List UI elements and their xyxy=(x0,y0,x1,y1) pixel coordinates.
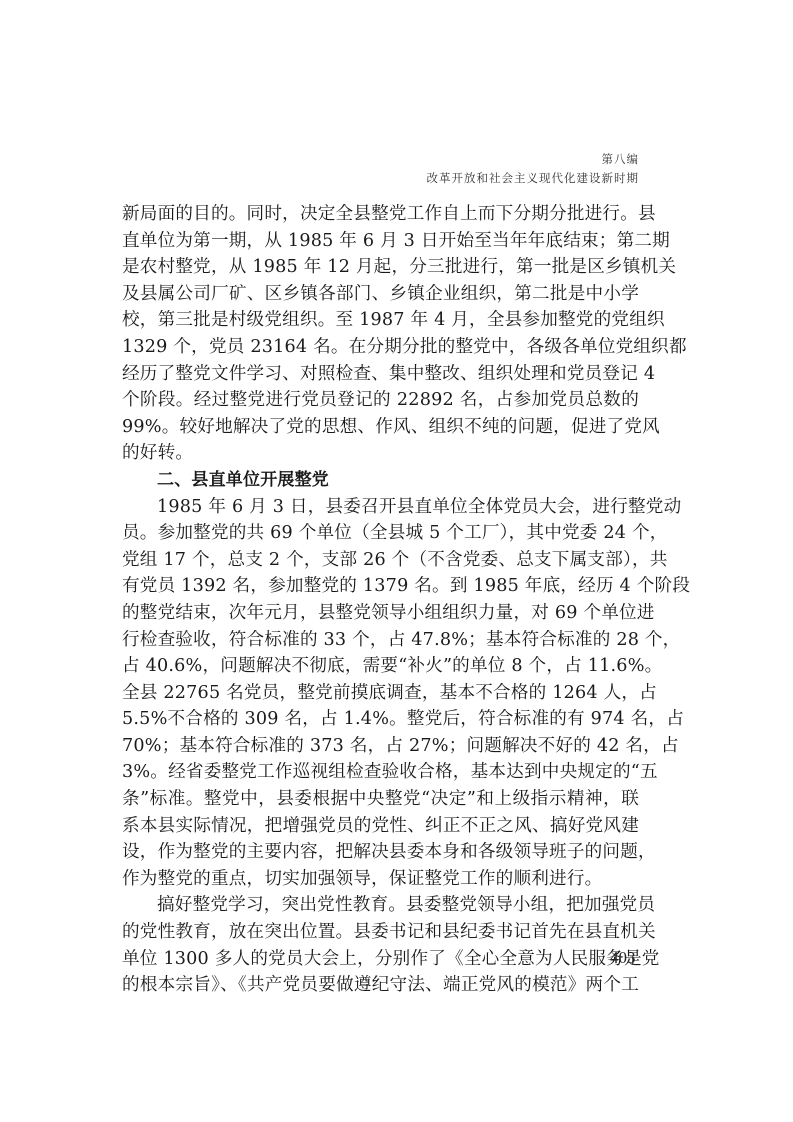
text-line: 是农村整党，从 1985 年 12 月起，分三批进行，第一批是区乡镇机关 xyxy=(122,254,639,281)
text-line: 条”标准。整党中，县委根据中央整党“决定”和上级指示精神，联 xyxy=(122,786,639,813)
running-head-part: 第八编 xyxy=(427,150,640,169)
text-line: 个阶段。经过整党进行党员登记的 22892 名，占参加党员总数的 xyxy=(122,387,639,414)
text-line: 员。参加整党的共 69 个单位（全县城 5 个工厂），其中党委 24 个， xyxy=(122,520,639,547)
text-line: 单位 1300 多人的党员大会上，分别作了《全心全意为人民服务是党 xyxy=(122,946,639,973)
text-line: 经历了整党文件学习、对照检查、集中整改、组织处理和党员登记 4 xyxy=(122,361,639,388)
text-line: 占 40.6%，问题解决不彻底，需要“补火”的单位 8 个，占 11.6%。 xyxy=(122,653,639,680)
page-number: 403 xyxy=(610,948,636,968)
text-line: 行检查验收，符合标准的 33 个，占 47.8%；基本符合标准的 28 个， xyxy=(122,627,639,654)
text-line: 99%。较好地解决了党的思想、作风、组织不纯的问题，促进了党风 xyxy=(122,414,639,441)
text-line: 5.5%不合格的 309 名，占 1.4%。整党后，符合标准的有 974 名，占 xyxy=(122,706,639,733)
text-line: 有党员 1392 名，参加整党的 1379 名。到 1985 年底，经历 4 个… xyxy=(122,573,639,600)
body-text: 新局面的目的。同时，决定全县整党工作自上而下分期分批进行。县 直单位为第一期，从… xyxy=(122,201,639,999)
text-line: 3%。经省委整党工作巡视组检查验收合格，基本达到中央规定的“五 xyxy=(122,759,639,786)
text-line: 全县 22765 名党员，整党前摸底调查，基本不合格的 1264 人，占 xyxy=(122,680,639,707)
text-line: 的根本宗旨》、《共产党员要做遵纪守法、端正党风的模范》两个工 xyxy=(122,972,639,999)
text-line: 70%；基本符合标准的 373 名，占 27%；问题解决不好的 42 名，占 xyxy=(122,733,639,760)
paragraph-continuation: 新局面的目的。同时，决定全县整党工作自上而下分期分批进行。县 直单位为第一期，从… xyxy=(122,201,639,467)
text-line: 1329 个，党员 23164 名。在分期分批的整党中，各级各单位党组织都 xyxy=(122,334,639,361)
text-line: 搞好整党学习，突出党性教育。县委整党领导小组，把加强党员 xyxy=(122,892,639,919)
text-line: 及县属公司厂矿、区乡镇各部门、乡镇企业组织，第二批是中小学 xyxy=(122,281,639,308)
running-head-title: 改革开放和社会主义现代化建设新时期 xyxy=(427,169,640,188)
text-line: 的好转。 xyxy=(122,440,639,467)
text-line: 党组 17 个，总支 2 个，支部 26 个（不含党委、总支下属支部），共 xyxy=(122,547,639,574)
text-line: 作为整党的重点，切实加强领导，保证整党工作的顺利进行。 xyxy=(122,866,639,893)
running-head: 第八编 改革开放和社会主义现代化建设新时期 xyxy=(427,150,640,188)
text-line: 直单位为第一期，从 1985 年 6 月 3 日开始至当年年底结束；第二期 xyxy=(122,228,639,255)
text-line: 校，第三批是村级党组织。至 1987 年 4 月，全县参加整党的党组织 xyxy=(122,307,639,334)
text-line: 的整党结束，次年元月，县整党领导小组组织力量，对 69 个单位进 xyxy=(122,600,639,627)
paragraph-county-units: 1985 年 6 月 3 日，县委召开县直单位全体党员大会，进行整党动 员。参加… xyxy=(122,494,639,893)
text-line: 设，作为整党的主要内容，把解决县委本身和各级领导班子的问题， xyxy=(122,839,639,866)
text-line: 的党性教育，放在突出位置。县委书记和县纪委书记首先在县直机关 xyxy=(122,919,639,946)
text-line: 新局面的目的。同时，决定全县整党工作自上而下分期分批进行。县 xyxy=(122,201,639,228)
text-line: 系本县实际情况，把增强党员的党性、纠正不正之风、搞好党风建 xyxy=(122,813,639,840)
text-line: 1985 年 6 月 3 日，县委召开县直单位全体党员大会，进行整党动 xyxy=(122,494,639,521)
paragraph-party-education: 搞好整党学习，突出党性教育。县委整党领导小组，把加强党员 的党性教育，放在突出位… xyxy=(122,892,639,998)
section-heading: 二、县直单位开展整党 xyxy=(122,467,639,494)
